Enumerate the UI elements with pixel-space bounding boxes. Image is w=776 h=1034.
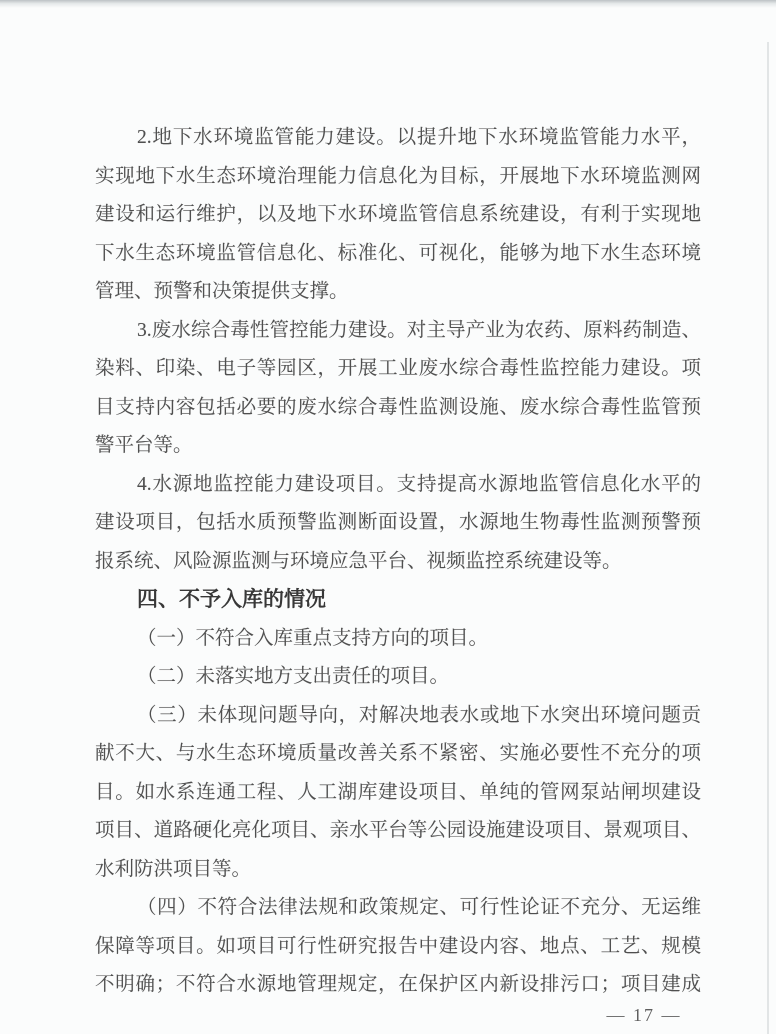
scan-top-edge xyxy=(0,0,776,8)
text-line: 3.废水综合毒性管控能力建设。对主导产业为农药、原料药制造、 xyxy=(95,312,701,351)
text-line: （四）不符合法律法规和政策规定、可行性论证不充分、无运维 xyxy=(95,889,701,928)
text-line: 建设和运行维护，以及地下水环境监管信息系统建设，有利于实现地 xyxy=(95,196,701,235)
text-line: 目支持内容包括必要的废水综合毒性监测设施、废水综合毒性监管预 xyxy=(95,389,701,428)
text-line: 水利防洪项目等。 xyxy=(95,851,701,890)
text-line: 4.水源地监控能力建设项目。支持提高水源地监管信息化水平的 xyxy=(95,466,701,505)
text-line: 管理、预警和决策提供支撑。 xyxy=(95,273,701,312)
text-line: 报系统、风险源监测与环境应急平台、视频监控系统建设等。 xyxy=(95,543,701,582)
text-line: 警平台等。 xyxy=(95,427,701,466)
page-number: — 17 — xyxy=(592,1000,696,1030)
text-line: 染料、印染、电子等园区，开展工业废水综合毒性监控能力建设。项 xyxy=(95,350,701,389)
text-line: （二）未落实地方支出责任的项目。 xyxy=(95,658,701,697)
text-line: 下水生态环境监管信息化、标准化、可视化，能够为地下水生态环境 xyxy=(95,235,701,274)
text-line: 不明确；不符合水源地管理规定，在保护区内新设排污口；项目建成 xyxy=(95,966,701,1005)
section-heading: 四、不予入库的情况 xyxy=(95,581,701,620)
text-line: 建设项目，包括水质预警监测断面设置，水源地生物毒性监测预警预 xyxy=(95,504,701,543)
text-line: 献不大、与水生态环境质量改善关系不紧密、实施必要性不充分的项 xyxy=(95,735,701,774)
text-line: 2.地下水环境监管能力建设。以提升地下水环境监管能力水平， xyxy=(95,119,701,158)
scan-edge-line xyxy=(767,42,769,1034)
text-line: 保障等项目。如项目可行性研究报告中建设内容、地点、工艺、规模 xyxy=(95,928,701,967)
text-line: 项目、道路硬化亮化项目、亲水平台等公园设施建设项目、景观项目、 xyxy=(95,812,701,851)
text-line: （三）未体现问题导向，对解决地表水或地下水突出环境问题贡 xyxy=(95,697,701,736)
document-body: 2.地下水环境监管能力建设。以提升地下水环境监管能力水平，实现地下水生态环境治理… xyxy=(95,119,701,1005)
text-line: 目。如水系连通工程、人工湖库建设项目、单纯的管网泵站闸坝建设 xyxy=(95,774,701,813)
text-line: （一）不符合入库重点支持方向的项目。 xyxy=(95,620,701,659)
text-line: 实现地下水生态环境治理能力信息化为目标，开展地下水环境监测网 xyxy=(95,158,701,197)
